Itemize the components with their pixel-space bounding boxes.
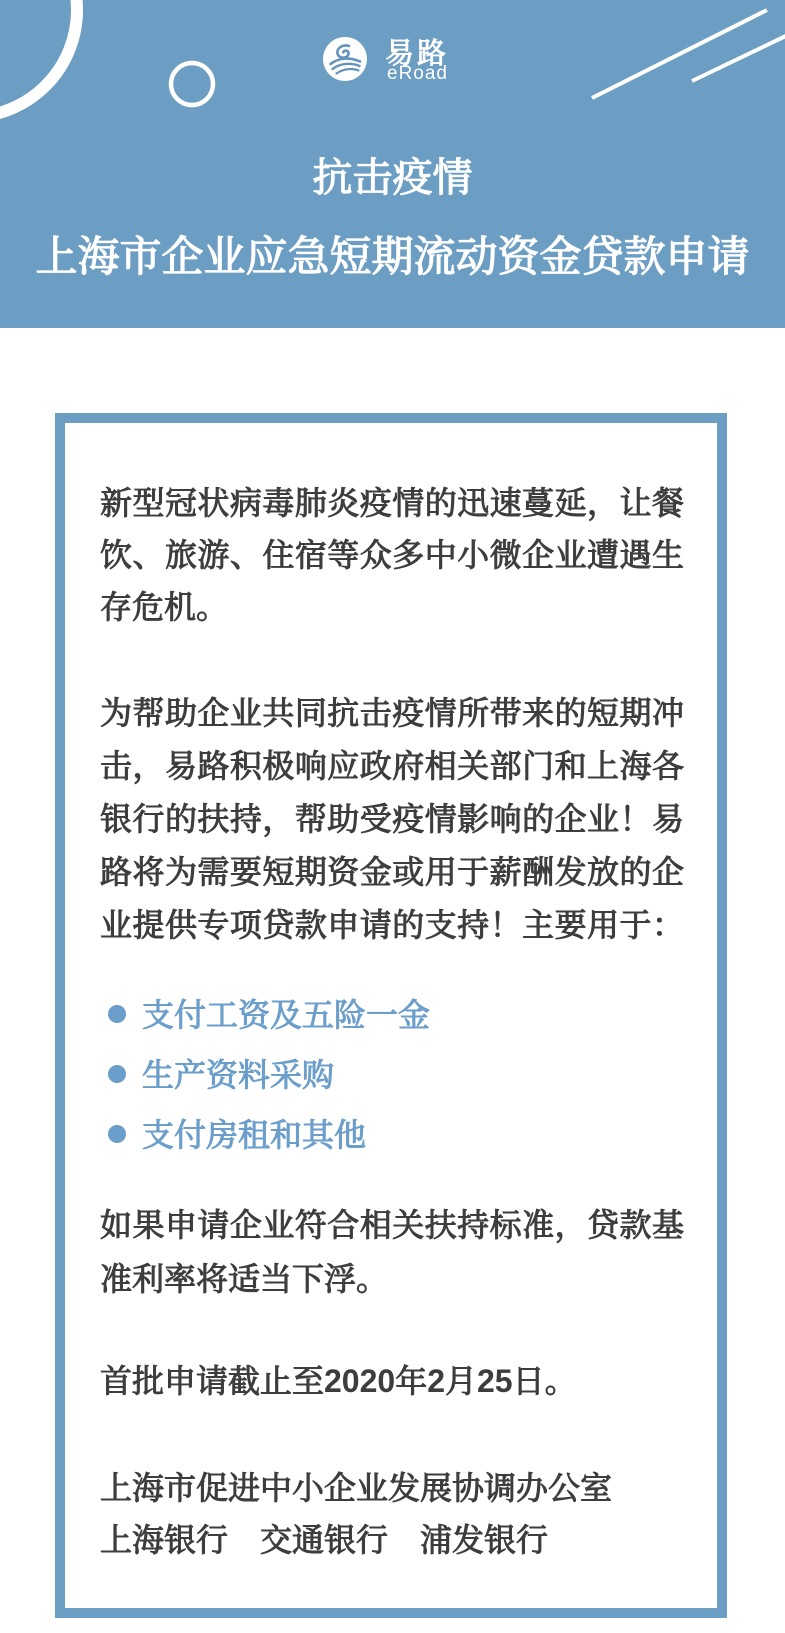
paragraph-line: 路将为需要短期资金或用于薪酬发放的企: [100, 846, 684, 899]
paragraph-line: 击，易路积极响应政府相关部门和上海各: [100, 740, 684, 793]
banks-line: 上海银行 交通银行 浦发银行: [100, 1514, 684, 1566]
paragraph-line: 为帮助企业共同抗击疫情所带来的短期冲: [100, 687, 684, 740]
list-item-label: 支付工资及五险一金: [142, 990, 430, 1036]
bullet-dot-icon: [108, 1005, 126, 1023]
deadline-paragraph: 首批申请截止至2020年2月25日。: [100, 1355, 684, 1407]
paragraph-line: 银行的扶持，帮助受疫情影响的企业！易: [100, 793, 684, 846]
list-item: 支付工资及五险一金: [108, 983, 668, 1043]
list-item: 支付房租和其他: [108, 1103, 668, 1163]
paragraph-line: 饮、旅游、住宿等众多中小微企业遭遇生: [100, 529, 684, 581]
swirl-icon: [323, 37, 367, 81]
logo-mark: [323, 37, 367, 81]
page-title: 上海市企业应急短期流动资金贷款申请: [0, 224, 785, 284]
support-paragraph: 为帮助企业共同抗击疫情所带来的短期冲 击，易路积极响应政府相关部门和上海各 银行…: [100, 687, 684, 952]
circle-arc-decoration: [0, 0, 77, 117]
paragraph-line: 准利率将适当下浮。: [100, 1252, 684, 1306]
list-item-label: 生产资料采购: [142, 1050, 334, 1096]
header-band: 易路 eRoad 抗击疫情 上海市企业应急短期流动资金贷款申请: [0, 0, 785, 328]
paragraph-line: 存危机。: [100, 581, 684, 633]
list-item-label: 支付房租和其他: [142, 1110, 366, 1156]
campaign-title: 抗击疫情: [0, 146, 785, 203]
issuer-line: 上海市促进中小企业发展协调办公室: [100, 1462, 684, 1514]
paragraph-line: 如果申请企业符合相关扶持标准，贷款基: [100, 1198, 684, 1252]
brand-name-en: eRoad: [387, 63, 448, 85]
list-item: 生产资料采购: [108, 1043, 668, 1103]
intro-paragraph: 新型冠状病毒肺炎疫情的迅速蔓延，让餐 饮、旅游、住宿等众多中小微企业遭遇生 存危…: [100, 477, 684, 633]
bullet-dot-icon: [108, 1125, 126, 1143]
bullet-dot-icon: [108, 1065, 126, 1083]
poster-root: 易路 eRoad 抗击疫情 上海市企业应急短期流动资金贷款申请 新型冠状病毒肺炎…: [0, 0, 785, 1633]
circle-outline-decoration: [171, 63, 213, 105]
paragraph-line: 新型冠状病毒肺炎疫情的迅速蔓延，让餐: [100, 477, 684, 529]
diagonal-line-decoration: [592, 10, 767, 98]
rate-paragraph: 如果申请企业符合相关扶持标准，贷款基 准利率将适当下浮。: [100, 1198, 684, 1306]
paragraph-line: 业提供专项贷款申请的支持！主要用于：: [100, 899, 684, 952]
